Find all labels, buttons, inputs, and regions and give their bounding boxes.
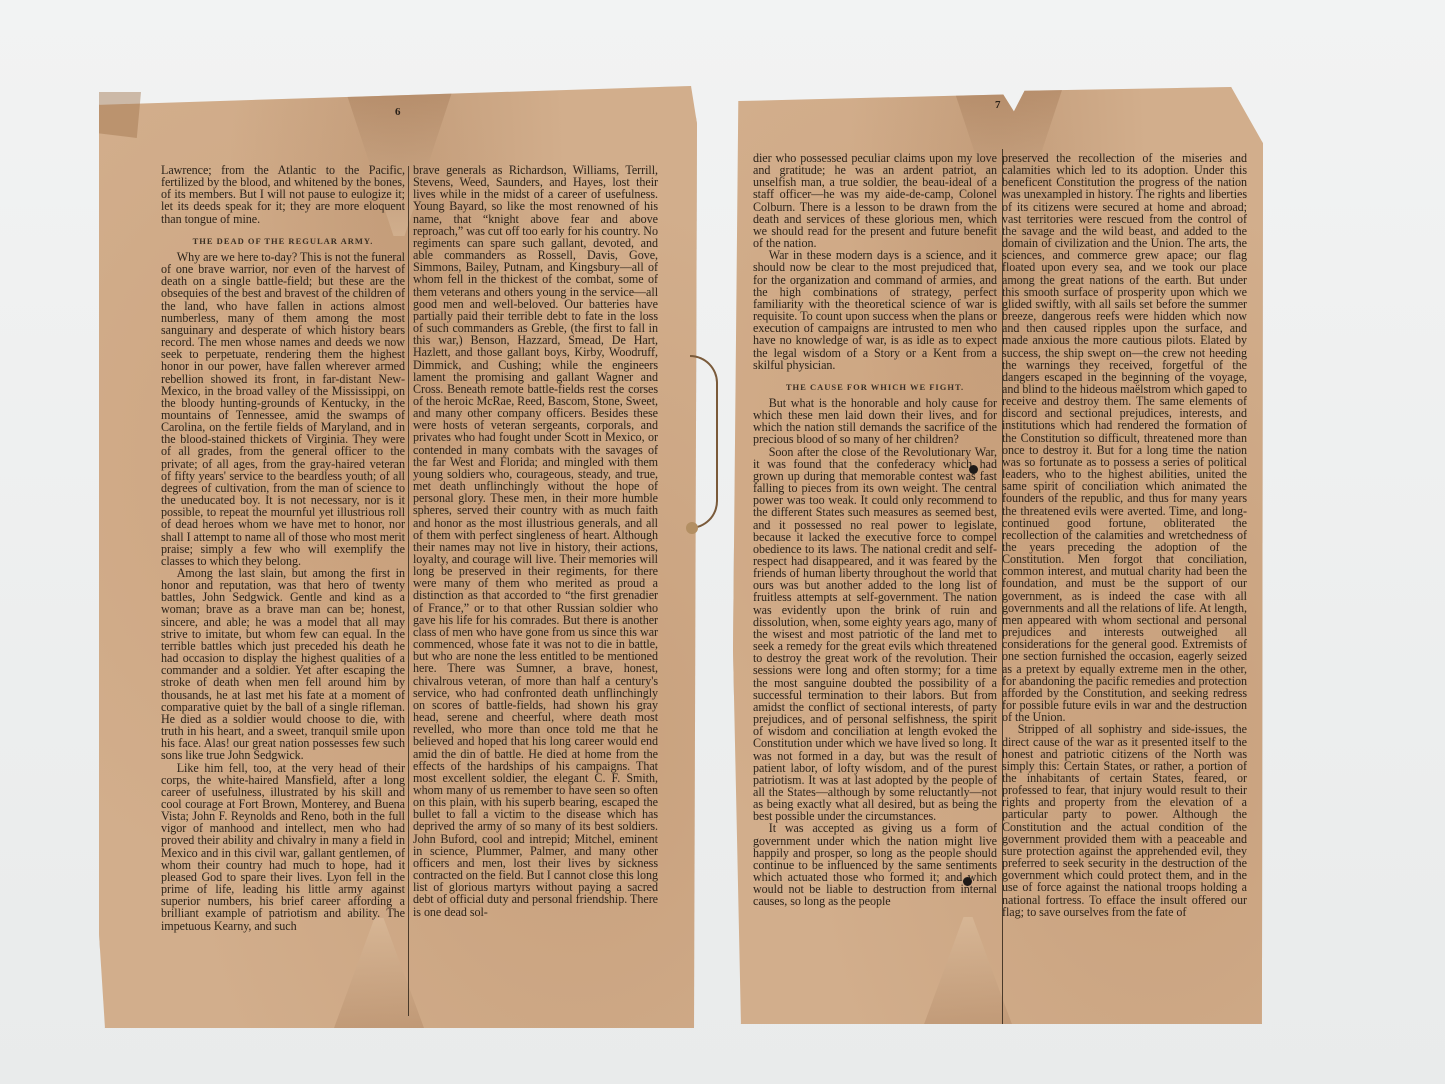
thread-knot <box>686 522 698 534</box>
paragraph: Like him fell, too, at the very head of … <box>161 762 405 932</box>
left-page: 6 Lawrence; from the Atlantic to the Pac… <box>99 86 697 1028</box>
paragraph: Lawrence; from the Atlantic to the Pacif… <box>161 164 405 225</box>
paragraph: Why are we here to-day? This is not the … <box>161 251 405 567</box>
page-number: 7 <box>995 99 1001 111</box>
paragraph: dier who possessed peculiar claims upon … <box>753 152 997 249</box>
text-column-right-1: dier who possessed peculiar claims upon … <box>753 152 997 908</box>
text-column-left-1: Lawrence; from the Atlantic to the Pacif… <box>161 164 405 932</box>
paragraph: It was accepted as giving us a form of g… <box>753 822 997 907</box>
text-column-right-2: preserved the recollection of the miseri… <box>1002 152 1247 918</box>
paragraph: preserved the recollection of the miseri… <box>1002 152 1247 723</box>
section-heading: THE DEAD OF THE REGULAR ARMY. <box>161 235 405 247</box>
paragraph: Stripped of all sophistry and side-issue… <box>1002 723 1247 918</box>
page-number: 6 <box>395 106 401 118</box>
paragraph: brave generals as Richardson, Williams, … <box>413 164 658 918</box>
section-heading: THE CAUSE FOR WHICH WE FIGHT. <box>753 381 997 393</box>
water-stain <box>334 918 424 1028</box>
paper-hole <box>969 465 978 474</box>
binding-thread <box>690 355 718 529</box>
column-divider <box>408 166 409 1016</box>
water-stain <box>923 917 1013 1027</box>
right-page: 7 dier who possessed peculiar claims upo… <box>733 87 1263 1024</box>
folded-corner <box>99 92 141 138</box>
paragraph: War in these modern days is a science, a… <box>753 249 997 371</box>
paragraph: Among the last slain, but among the firs… <box>161 567 405 762</box>
text-column-left-2: brave generals as Richardson, Williams, … <box>413 164 658 918</box>
photo-scene: 6 Lawrence; from the Atlantic to the Pac… <box>0 0 1445 1084</box>
paper-hole <box>963 877 972 886</box>
paragraph: Soon after the close of the Revolutionar… <box>753 446 997 823</box>
paragraph: But what is the honorable and holy cause… <box>753 397 997 446</box>
